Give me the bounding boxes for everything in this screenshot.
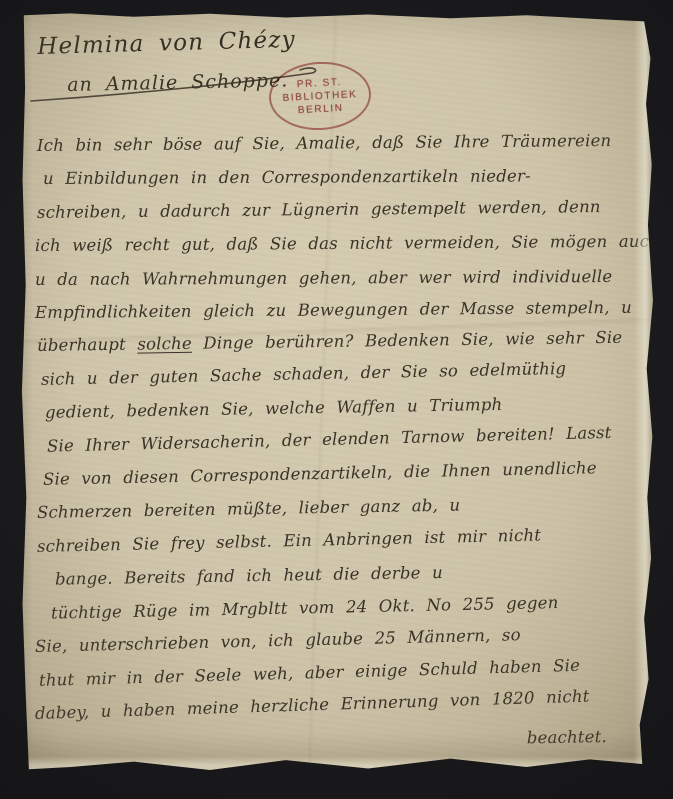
underlined-word: solche xyxy=(137,334,192,354)
manuscript-body: Ich bin sehr böse auf Sie, Amalie, daß S… xyxy=(35,129,647,764)
manuscript-line: schreiben, u dadurch zur Lügnerin gestem… xyxy=(35,189,647,229)
manuscript-line: Ich bin sehr böse auf Sie, Amalie, daß S… xyxy=(35,124,647,163)
letter-page: Helmina von Chézy an Amalie Schoppe. PR.… xyxy=(20,13,653,770)
letter-recipient-line: an Amalie Schoppe. xyxy=(67,69,288,96)
library-stamp-line3: BERLIN xyxy=(297,101,343,116)
manuscript-line: ich weiß recht gut, daß Sie das nicht ve… xyxy=(35,225,647,263)
letter-author-line: Helmina von Chézy xyxy=(37,27,296,60)
scan-photo-background: Helmina von Chézy an Amalie Schoppe. PR.… xyxy=(0,0,673,799)
